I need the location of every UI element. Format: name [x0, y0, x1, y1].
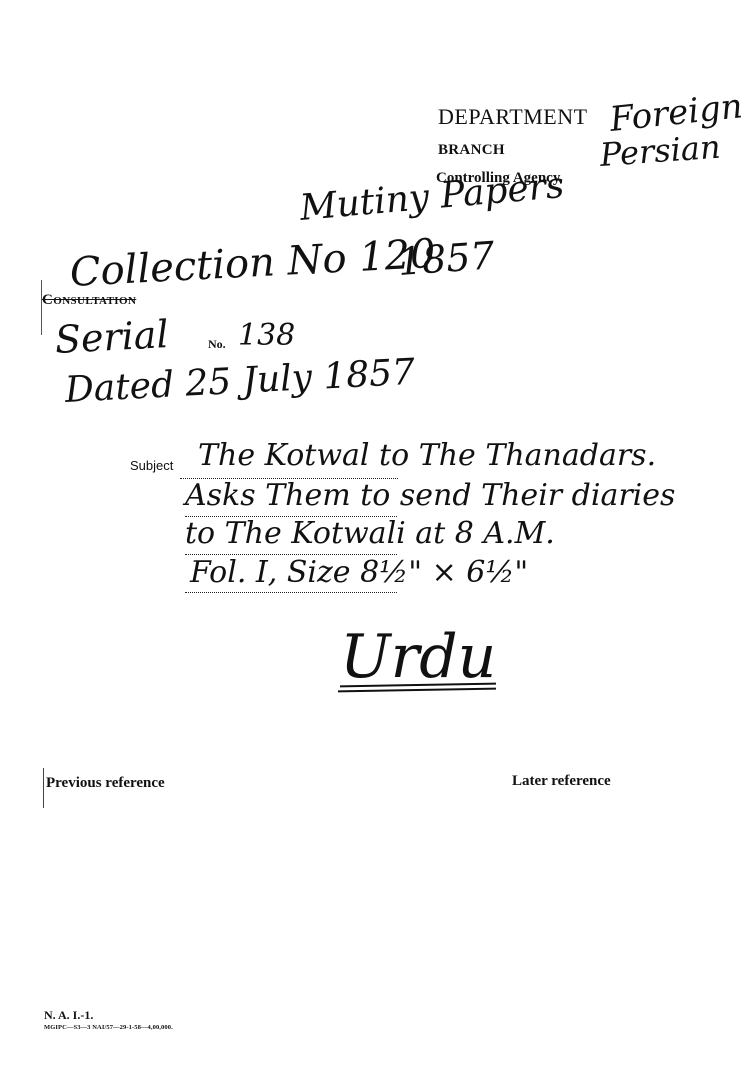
serial-number: 138	[238, 318, 295, 353]
branch-value: Persian	[599, 128, 722, 174]
previous-reference-label: Previous reference	[46, 775, 165, 792]
title-note: Mutiny Papers	[298, 165, 566, 229]
subject-line-2: Asks Them to send Their diaries	[185, 478, 675, 513]
subject-label: Subject	[130, 458, 173, 473]
branch-label: BRANCH	[438, 142, 505, 159]
dated-field: Dated 25 July 1857	[64, 352, 416, 411]
margin-line	[43, 768, 44, 808]
consultation-label: Consultation	[42, 292, 136, 309]
serial-prefix: Serial	[54, 312, 170, 362]
subject-line-1: The Kotwal to The Thanadars.	[198, 438, 656, 473]
collection-number: Collection No 120	[69, 231, 437, 296]
language-note: Urdu	[340, 622, 496, 692]
collection-year: 1857	[396, 233, 496, 284]
subject-line-4: Fol. I, Size 8½" × 6½"	[190, 555, 528, 590]
department-label: DEPARTMENT	[438, 104, 588, 130]
subject-line-3: to The Kotwali at 8 A.M.	[185, 516, 555, 551]
later-reference-label: Later reference	[512, 773, 611, 790]
subject-dotline	[185, 592, 397, 593]
print-code: MGIPC—S3—3 NAI/57—29-1-58—4,00,000.	[44, 1024, 173, 1031]
form-id: N. A. I.-1.	[44, 1008, 93, 1023]
serial-no-label: No.	[208, 337, 226, 352]
